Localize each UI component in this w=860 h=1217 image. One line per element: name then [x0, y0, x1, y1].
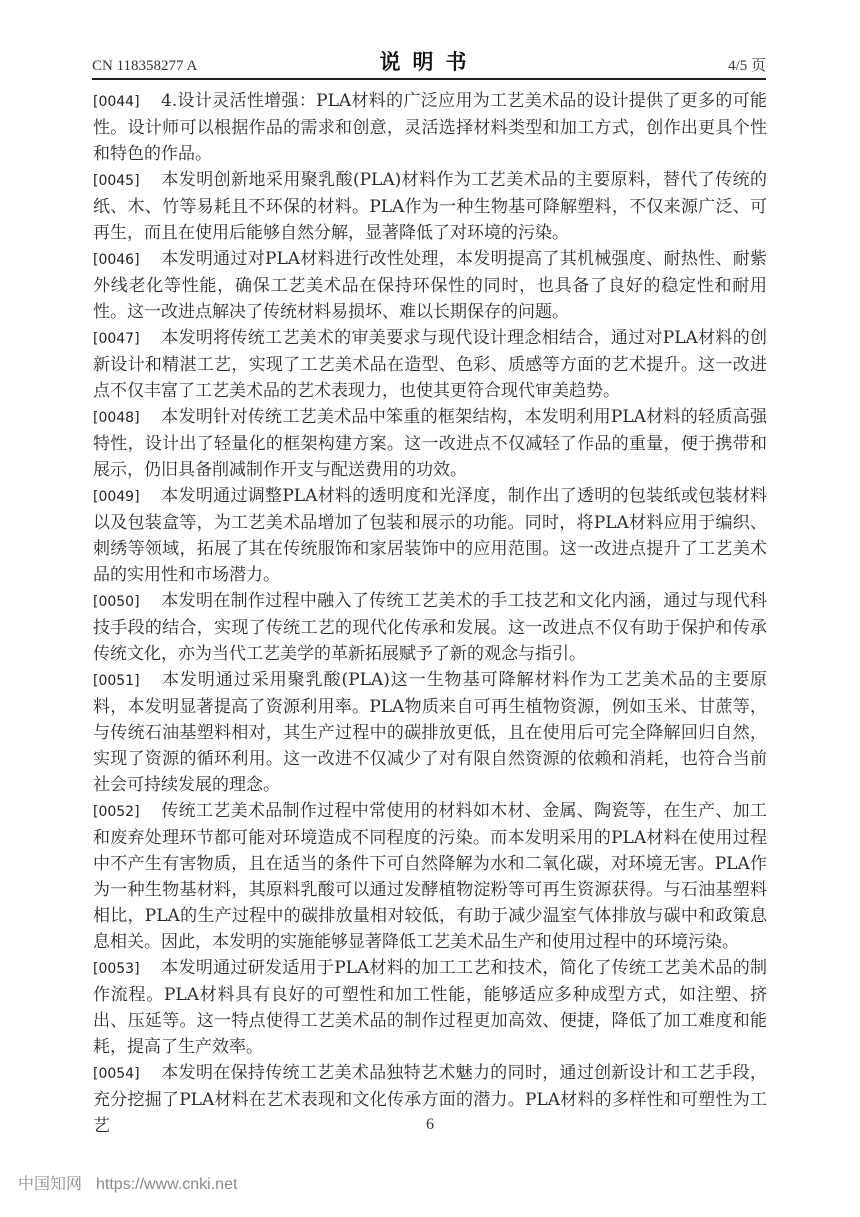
paragraph-text: 4.设计灵活性增强：PLA材料的广泛应用为工艺美术品的设计提供了更多的可能性。设… [93, 91, 767, 164]
paragraph-text: 本发明通过调整PLA材料的透明度和光泽度，制作出了透明的包装纸或包装材料以及包装… [93, 486, 767, 585]
document-body: [0044]4.设计灵活性增强：PLA材料的广泛应用为工艺美术品的设计提供了更多… [93, 88, 767, 1139]
paragraph-number: [0050] [93, 589, 161, 615]
paragraph-0044: [0044]4.设计灵活性增强：PLA材料的广泛应用为工艺美术品的设计提供了更多… [93, 88, 767, 167]
paragraph-number: [0047] [93, 326, 161, 352]
page-header: CN 118358277 A 说明书 4/5 页 [92, 52, 766, 78]
paragraph-text: 本发明通过采用聚乳酸(PLA)这一生物基可降解材料作为工艺美术品的主要原料，本发… [93, 670, 767, 795]
paragraph-text: 本发明通过研发适用于PLA材料的加工工艺和技术，简化了传统工艺美术品的制作流程。… [93, 958, 767, 1057]
watermark-name: 中国知网 [18, 1174, 82, 1193]
header-rule [92, 78, 766, 80]
paragraph-0050: [0050]本发明在制作过程中融入了传统工艺美术的手工技艺和文化内涵，通过与现代… [93, 588, 767, 667]
paragraph-text: 本发明创新地采用聚乳酸(PLA)材料作为工艺美术品的主要原料，替代了传统的纸、木… [93, 170, 767, 243]
paragraph-0048: [0048]本发明针对传统工艺美术品中笨重的框架结构，本发明利用PLA材料的轻质… [93, 404, 767, 483]
paragraph-number: [0053] [93, 956, 161, 982]
paragraph-text: 本发明通过对PLA材料进行改性处理，本发明提高了其机械强度、耐热性、耐紫外线老化… [93, 249, 767, 322]
paragraph-number: [0051] [93, 668, 161, 694]
paragraph-0052: [0052]传统工艺美术品制作过程中常使用的材料如木材、金属、陶瓷等，在生产、加… [93, 798, 767, 955]
paragraph-text: 本发明针对传统工艺美术品中笨重的框架结构，本发明利用PLA材料的轻质高强特性，设… [93, 407, 767, 480]
watermark-url: https://www.cnki.net [96, 1176, 237, 1193]
document-title: 说明书 [92, 46, 766, 76]
paragraph-0046: [0046]本发明通过对PLA材料进行改性处理，本发明提高了其机械强度、耐热性、… [93, 246, 767, 325]
paragraph-number: [0054] [93, 1061, 161, 1087]
paragraph-number: [0046] [93, 247, 161, 273]
paragraph-text: 本发明将传统工艺美术的审美要求与现代设计理念相结合，通过对PLA材料的创新设计和… [93, 328, 767, 401]
paragraph-text: 本发明在制作过程中融入了传统工艺美术的手工技艺和文化内涵，通过与现代科技手段的结… [93, 591, 767, 664]
paragraph-0045: [0045]本发明创新地采用聚乳酸(PLA)材料作为工艺美术品的主要原料，替代了… [93, 167, 767, 246]
paragraph-0053: [0053]本发明通过研发适用于PLA材料的加工工艺和技术，简化了传统工艺美术品… [93, 955, 767, 1060]
paragraph-0047: [0047]本发明将传统工艺美术的审美要求与现代设计理念相结合，通过对PLA材料… [93, 325, 767, 404]
paragraph-text: 传统工艺美术品制作过程中常使用的材料如木材、金属、陶瓷等，在生产、加工和废弃处理… [93, 801, 767, 952]
page-indicator: 4/5 页 [728, 54, 766, 75]
paragraph-number: [0048] [93, 405, 161, 431]
paragraph-number: [0045] [93, 168, 161, 194]
page-number: 6 [0, 1116, 860, 1134]
paragraph-number: [0052] [93, 799, 161, 825]
cnki-watermark: 中国知网https://www.cnki.net [18, 1171, 237, 1194]
paragraph-0049: [0049]本发明通过调整PLA材料的透明度和光泽度，制作出了透明的包装纸或包装… [93, 483, 767, 588]
paragraph-number: [0044] [93, 89, 161, 115]
paragraph-number: [0049] [93, 484, 161, 510]
paragraph-0051: [0051]本发明通过采用聚乳酸(PLA)这一生物基可降解材料作为工艺美术品的主… [93, 667, 767, 798]
